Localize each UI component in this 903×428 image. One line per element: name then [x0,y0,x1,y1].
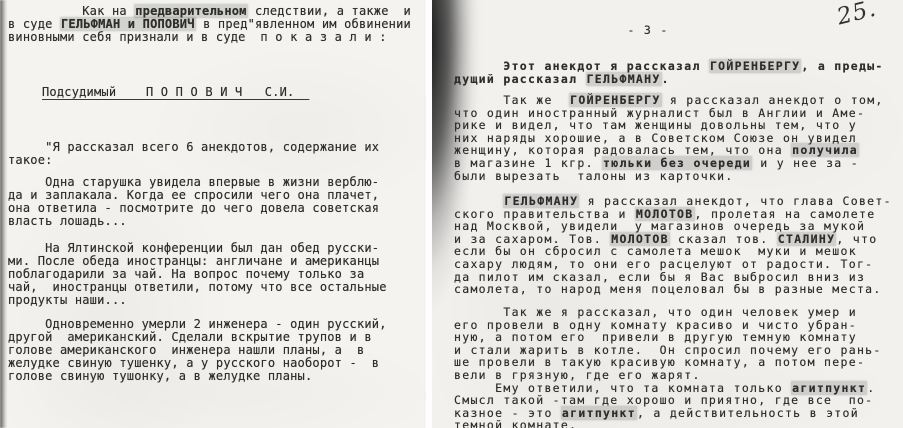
told-to-paragraph: Этот анекдот я рассказал ГОЙРЕНБЕРГУ, а … [454,60,884,85]
anecdote-yalta-paragraph: На Ялтинской конференции был дан обед ру… [8,242,387,307]
handwritten-page-number: 25. [835,0,880,30]
testimony-intro-paragraph: "Я рассказал всего 6 анекдотов, содержан… [8,141,379,167]
anecdote-journalist-paragraph: Так же ГОЙРЕНБЕРГУ я рассказал анекдот о… [454,94,884,182]
defendant-line: Подсудимый П О П О В И Ч С.И. [42,86,309,99]
scan-edge-shadow [0,0,7,428]
page-number: - 3 - [432,24,864,37]
preamble-text: Как на предварительном следствии, а такж… [8,5,411,44]
anecdote-camel-paragraph: Одна старушка увидела впервые в жизни ве… [8,176,379,228]
anecdote-engineers-paragraph: Одновременно умерли 2 инженера - один ру… [8,318,387,383]
left-page: Как на предварительном следствии, а такж… [0,0,426,428]
anecdote-agitpunkt-paragraph: Так же я рассказал, что один человек уме… [454,306,882,428]
right-page: - 3 - 25. Этот анекдот я рассказал ГОЙРЕ… [432,0,903,428]
document-scan: Как на предварительном следствии, а такж… [0,0,903,428]
anecdote-airplane-paragraph: ГЕЛЬФМАНУ я рассказал анекдот, что глава… [454,195,892,296]
